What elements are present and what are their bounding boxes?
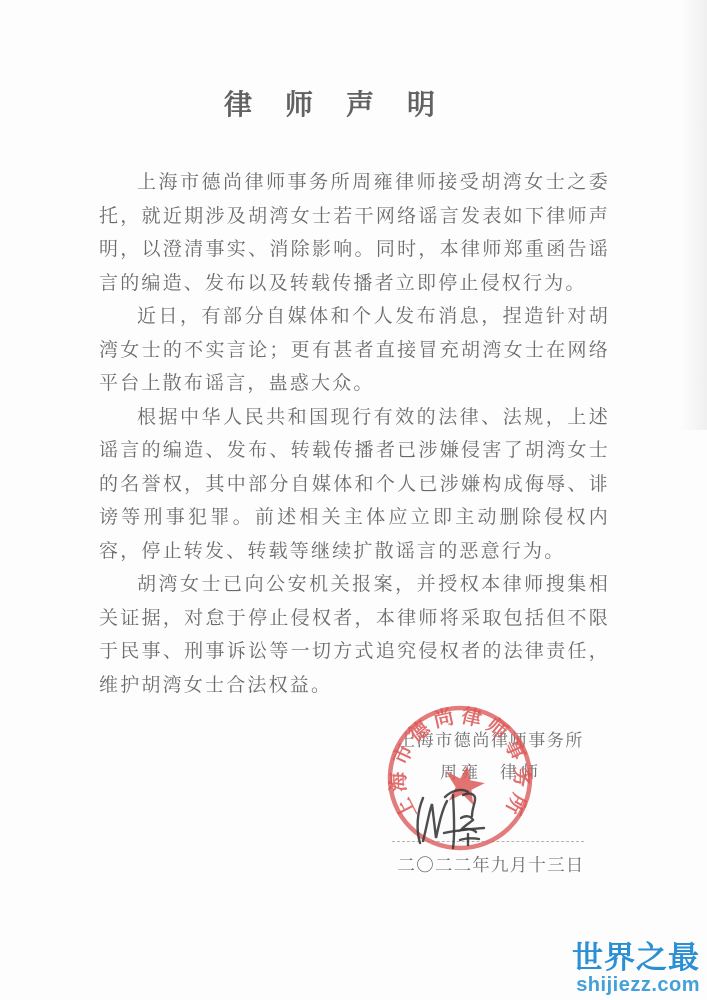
statement-paragraph: 胡湾女士已向公安机关报案，并授权本律师搜集相关证据，对怠于停止侵权者，本律师将采… (99, 568, 610, 702)
site-watermark: 世界之最 shijiezz.com (572, 942, 700, 995)
document-title: 律 师 声 明 (99, 88, 561, 124)
watermark-site-url: shijiezz.com (572, 975, 700, 995)
red-star-icon (446, 765, 485, 805)
seal-text: 上海市德尚律师事务所 (386, 703, 535, 823)
law-firm-seal: 上海市德尚律师事务所 (380, 695, 550, 870)
statement-paragraph: 根据中华人民共和国现行有效的法律、法规，上述谣言的编造、发布、转载传播者已涉嫌侵… (99, 401, 610, 569)
watermark-site-name: 世界之最 (572, 942, 700, 973)
statement-paragraph: 上海市德尚律师事务所周雍律师接受胡湾女士之委托，就近期涉及胡湾女士若干网络谣言发… (99, 166, 610, 300)
statement-body: 上海市德尚律师事务所周雍律师接受胡湾女士之委托，就近期涉及胡湾女士若干网络谣言发… (99, 166, 610, 702)
scan-edge-artifact (681, 0, 707, 430)
scanned-lawyer-statement-page: 律 师 声 明 上海市德尚律师事务所周雍律师接受胡湾女士之委托，就近期涉及胡湾女… (0, 0, 707, 1000)
statement-paragraph: 近日，有部分自媒体和个人发布消息，捏造针对胡湾女士的不实言论；更有甚者直接冒充胡… (99, 300, 610, 401)
